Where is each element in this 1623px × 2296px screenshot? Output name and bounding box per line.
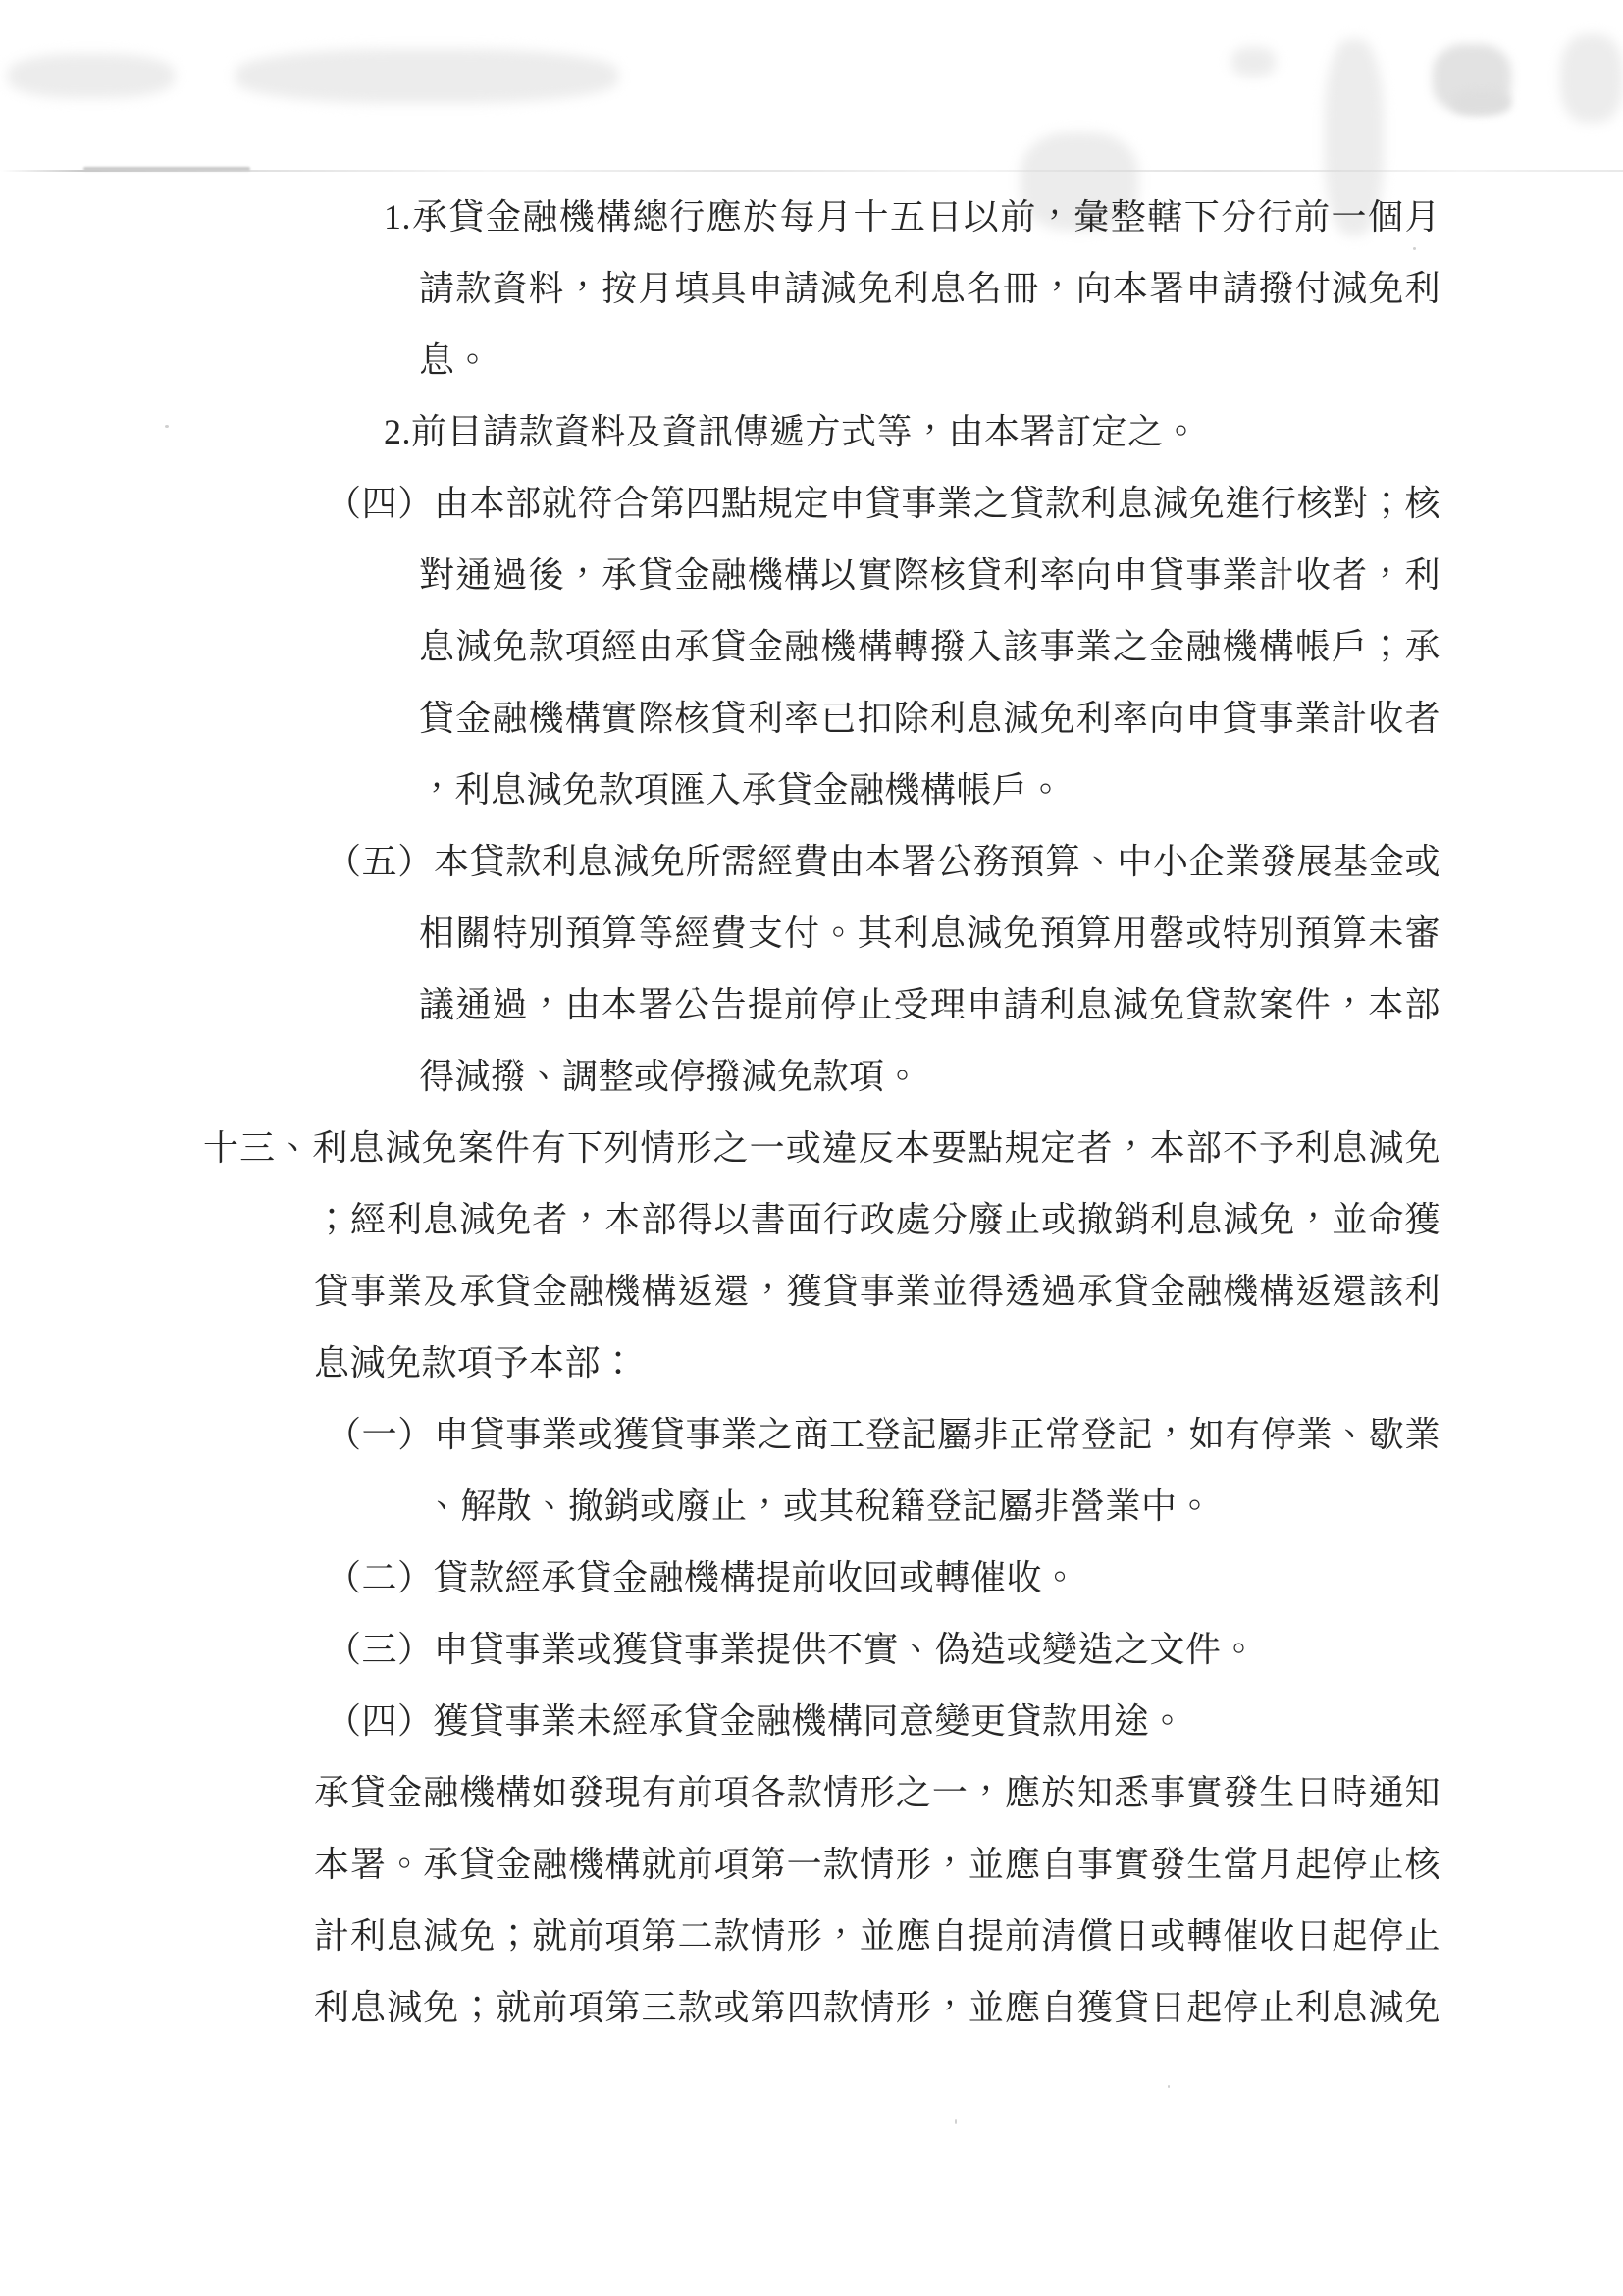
scan-smudge <box>1452 90 1511 115</box>
doc-line: 承貸金融機構如發現有前項各款情形之一，應於知悉事實發生日時通知 <box>314 1770 1440 1815</box>
doc-line: ，利息減免款項匯入承貸金融機構帳戶。 <box>419 767 1064 812</box>
doc-line: 對通過後，承貸金融機構以實際核貸利率向申貸事業計收者，利 <box>419 552 1440 598</box>
doc-line: 得減撥、調整或停撥減免款項。 <box>419 1054 920 1099</box>
doc-line: 十三、利息減免案件有下列情形之一或違反本要點規定者，本部不予利息減免 <box>203 1125 1440 1171</box>
scan-smudge <box>236 49 618 103</box>
doc-line: ；經利息減免者，本部得以書面行政處分廢止或撤銷利息減免，並命獲 <box>314 1197 1440 1242</box>
doc-line: 貸金融機構實際核貸利率已扣除利息減免利率向申貸事業計收者 <box>419 696 1440 741</box>
doc-line: 息減免款項予本部： <box>314 1340 637 1385</box>
doc-line: 、解散、撤銷或廢止，或其稅籍登記屬非營業中。 <box>425 1484 1213 1529</box>
doc-line: 息。 <box>419 338 491 383</box>
scan-speck <box>1413 247 1416 250</box>
doc-line: （一）申貸事業或獲貸事業之商工登記屬非正常登記，如有停業、歇業 <box>326 1412 1440 1457</box>
scan-speck <box>165 425 169 428</box>
scan-smudge <box>83 167 250 171</box>
document-page: 1.承貸金融機構總行應於每月十五日以前，彙整轄下分行前一個月 請款資料，按月填具… <box>0 0 1623 2296</box>
doc-line: 利息減免；就前項第三款或第四款情形，並應自獲貸日起停止利息減免 <box>314 1985 1440 2030</box>
doc-line: 1.承貸金融機構總行應於每月十五日以前，彙整轄下分行前一個月 <box>384 194 1440 239</box>
doc-line: （五）本貸款利息減免所需經費由本署公務預算、中小企業發展基金或 <box>326 839 1440 884</box>
doc-line: 計利息減免；就前項第二款情形，並應自提前清償日或轉催收日起停止 <box>314 1913 1440 1958</box>
scan-speck <box>1168 2085 1170 2088</box>
doc-line: 息減免款項經由承貸金融機構轉撥入該事業之金融機構帳戶；承 <box>419 624 1440 669</box>
doc-line: （三）申貸事業或獲貸事業提供不實、偽造或變造之文件。 <box>326 1627 1257 1672</box>
doc-line: （四）由本部就符合第四點規定申貸事業之貸款利息減免進行核對；核 <box>326 481 1440 526</box>
scan-smudge <box>1560 34 1623 123</box>
doc-line: 貸事業及承貸金融機構返還，獲貸事業並得透過承貸金融機構返還該利 <box>314 1269 1440 1314</box>
scan-smudge <box>1231 47 1276 77</box>
doc-line: 本署。承貸金融機構就前項第一款情形，並應自事實發生當月起停止核 <box>314 1842 1440 1887</box>
doc-line: （四）獲貸事業未經承貸金融機構同意變更貸款用途。 <box>326 1698 1185 1744</box>
doc-line: 相關特別預算等經費支付。其利息減免預算用罄或特別預算未審 <box>419 911 1440 956</box>
doc-line: （二）貸款經承貸金融機構提前收回或轉催收。 <box>326 1555 1078 1600</box>
scan-smudge <box>8 54 175 98</box>
doc-line: 請款資料，按月填具申請減免利息名冊，向本署申請撥付減免利 <box>419 266 1440 311</box>
doc-line: 2.前目請款資料及資訊傳遞方式等，由本署訂定之。 <box>384 409 1199 454</box>
doc-line: 議通過，由本署公告提前停止受理申請利息減免貸款案件，本部 <box>419 982 1440 1027</box>
scan-speck <box>955 2119 957 2124</box>
